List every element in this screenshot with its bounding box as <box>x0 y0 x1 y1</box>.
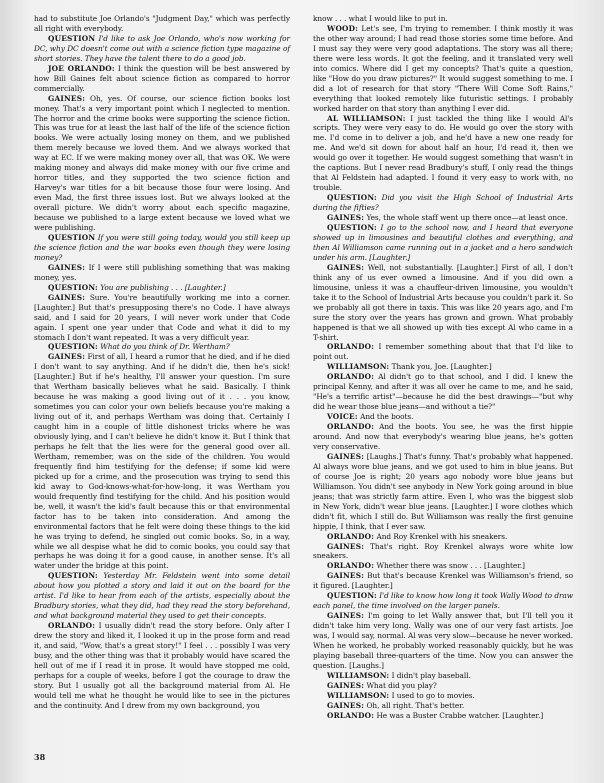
speaker-label: AL WILLIAMSON: <box>327 114 406 123</box>
transcript-paragraph: QUESTION: I go to the school now, and I … <box>313 223 573 263</box>
speaker-label: ORLANDO: <box>327 532 374 541</box>
answer-text: Oh, yes. Of course, our science fiction … <box>34 94 290 232</box>
speaker-label: GAINES: <box>48 293 85 302</box>
transcript-paragraph: WOOD: Let's see, I'm trying to remember.… <box>313 24 573 114</box>
transcript-paragraph: WILLIAMSON: I used to go to movies. <box>313 691 573 701</box>
speaker-label: ORLANDO: <box>327 372 374 381</box>
transcript-paragraph: WILLIAMSON: Thank you, Joe. [Laughter.] <box>313 362 573 372</box>
speaker-label: GAINES: <box>327 571 364 580</box>
transcript-paragraph: GAINES: That's right. Roy Krenkel always… <box>313 542 573 562</box>
speaker-label: GAINES: <box>327 213 364 222</box>
speaker-label: ORLANDO: <box>327 342 374 351</box>
transcript-paragraph: GAINES: Oh, yes. Of course, our science … <box>34 94 290 233</box>
transcript-paragraph: QUESTION: Yesterday Mr. Feldstein went i… <box>34 571 290 621</box>
speaker-label: QUESTION: <box>327 223 377 232</box>
answer-text: had to substitute Joe Orlando's "Judgmen… <box>34 14 290 33</box>
speaker-label: VOICE: <box>327 412 358 421</box>
answer-text: Thank you, Joe. [Laughter.] <box>392 362 492 371</box>
transcript-paragraph: QUESTION: Did you visit the High School … <box>313 193 573 213</box>
transcript-paragraph: ORLANDO: I remember something about that… <box>313 342 573 362</box>
speaker-label: GAINES: <box>327 452 364 461</box>
speaker-label: ORLANDO: <box>327 422 374 431</box>
transcript-paragraph: QUESTION: You are publishing . . . [Laug… <box>34 283 290 293</box>
transcript-paragraph: QUESTION: I'd like to know how long it t… <box>313 591 573 611</box>
speaker-label: GAINES: <box>327 701 364 710</box>
transcript-paragraph: ORLANDO: And Roy Krenkel with his sneake… <box>313 532 573 542</box>
transcript-paragraph: JOE ORLANDO: I think the question will b… <box>34 64 290 94</box>
speaker-label: JOE ORLANDO: <box>48 64 115 73</box>
speaker-label: QUESTION <box>48 34 95 43</box>
speaker-label: GAINES: <box>327 611 364 620</box>
answer-text: He was a Buster Crabbe watcher. [Laughte… <box>376 711 543 720</box>
answer-text: I didn't play baseball. <box>392 671 471 680</box>
answer-text: I just tackled the thing like I would Al… <box>313 114 573 193</box>
transcript-paragraph: QUESTION If you were still going today, … <box>34 233 290 263</box>
answer-text: I used to go to movies. <box>392 691 475 700</box>
speaker-label: WILLIAMSON: <box>327 362 389 371</box>
transcript-paragraph: know . . . what I would like to put in. <box>313 14 573 24</box>
document-page: had to substitute Joe Orlando's "Judgmen… <box>0 0 604 783</box>
transcript-paragraph: GAINES: First of all, I heard a rumor th… <box>34 352 290 571</box>
answer-text: First of all, I heard a rumor that he di… <box>34 352 290 570</box>
speaker-label: WILLIAMSON: <box>327 691 389 700</box>
answer-text: Whether there was snow . . . [Laughter.] <box>376 561 525 570</box>
right-column: know . . . what I would like to put in.W… <box>313 14 573 721</box>
question-text: What do you think of Dr. Wertham? <box>100 342 229 351</box>
answer-text: know . . . what I would like to put in. <box>313 14 448 23</box>
transcript-paragraph: ORLANDO: He was a Buster Crabbe watcher.… <box>313 711 573 721</box>
question-text: You are publishing . . . [Laughter.] <box>100 283 225 292</box>
answer-text: Let's see, I'm trying to remember. I thi… <box>313 24 573 113</box>
speaker-label: QUESTION <box>48 233 95 242</box>
transcript-paragraph: ORLANDO: Al didn't go to that school, an… <box>313 372 573 412</box>
transcript-paragraph: GAINES: I'm going to let Wally answer th… <box>313 611 573 671</box>
transcript-paragraph: GAINES: What did you play? <box>313 681 573 691</box>
speaker-label: QUESTION: <box>48 342 98 351</box>
answer-text: Oh, all right. That's better. <box>366 701 464 710</box>
answer-text: Yes, the whole staff went up there once—… <box>366 213 567 222</box>
speaker-label: GAINES: <box>327 263 364 272</box>
transcript-paragraph: WILLIAMSON: I didn't play baseball. <box>313 671 573 681</box>
answer-text: I usually didn't read the story before. … <box>34 621 290 710</box>
transcript-paragraph: GAINES: Oh, all right. That's better. <box>313 701 573 711</box>
left-column: had to substitute Joe Orlando's "Judgmen… <box>34 14 290 711</box>
speaker-label: GAINES: <box>327 542 364 551</box>
speaker-label: WOOD: <box>327 24 358 33</box>
transcript-paragraph: QUESTION: What do you think of Dr. Werth… <box>34 342 290 352</box>
speaker-label: WILLIAMSON: <box>327 671 389 680</box>
transcript-paragraph: ORLANDO: Whether there was snow . . . [L… <box>313 561 573 571</box>
transcript-paragraph: AL WILLIAMSON: I just tackled the thing … <box>313 114 573 194</box>
transcript-paragraph: GAINES: Yes, the whole staff went up the… <box>313 213 573 223</box>
answer-text: What did you play? <box>366 681 436 690</box>
answer-text: [Laughs.] That's funny. That's probably … <box>313 452 573 531</box>
answer-text: And the boots. <box>360 412 413 421</box>
transcript-paragraph: VOICE: And the boots. <box>313 412 573 422</box>
speaker-label: ORLANDO: <box>327 561 374 570</box>
answer-text: Well, not substantially. [Laughter.] Fir… <box>313 263 573 342</box>
transcript-paragraph: GAINES: [Laughs.] That's funny. That's p… <box>313 452 573 532</box>
speaker-label: GAINES: <box>48 263 85 272</box>
speaker-label: ORLANDO: <box>327 711 374 720</box>
transcript-paragraph: GAINES: Sure. You're beautifully working… <box>34 293 290 343</box>
page-number: 38 <box>34 752 45 762</box>
transcript-paragraph: ORLANDO: I usually didn't read the story… <box>34 621 290 711</box>
speaker-label: QUESTION: <box>48 283 98 292</box>
transcript-paragraph: GAINES: Well, not substantially. [Laught… <box>313 263 573 343</box>
transcript-paragraph: GAINES: If I were still publishing somet… <box>34 263 290 283</box>
speaker-label: QUESTION: <box>327 193 377 202</box>
speaker-label: GAINES: <box>48 352 85 361</box>
transcript-paragraph: ORLANDO: And the boots. You see, he was … <box>313 422 573 452</box>
speaker-label: QUESTION: <box>48 571 98 580</box>
transcript-paragraph: GAINES: But that's because Krenkel was W… <box>313 571 573 591</box>
transcript-paragraph: QUESTION I'd like to ask Joe Orlando, wh… <box>34 34 290 64</box>
transcript-paragraph: had to substitute Joe Orlando's "Judgmen… <box>34 14 290 34</box>
speaker-label: ORLANDO: <box>48 621 95 630</box>
answer-text: And Roy Krenkel with his sneakers. <box>376 532 507 541</box>
speaker-label: QUESTION: <box>327 591 377 600</box>
speaker-label: GAINES: <box>327 681 364 690</box>
speaker-label: GAINES: <box>48 94 85 103</box>
